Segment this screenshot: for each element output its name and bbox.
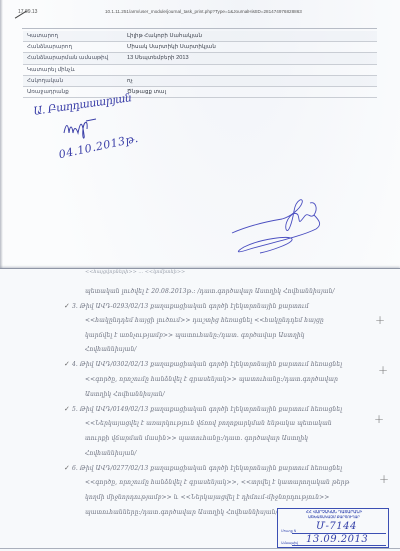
checkmark-icon: ✓	[64, 302, 70, 310]
page2-line: կողմի միջնորդությամբ>> և <<Ներկայացվել է…	[85, 494, 329, 501]
stamp-title: ՀՀ ՎԱՐՉԱԿԱՆ ԴԱՏԱՐԱՆԻ	[282, 510, 386, 515]
page2-line: պետական լուծվել է 20.08.2013թ.: /դատ.գոր…	[85, 288, 335, 295]
task-info-table: Կատարող Լիլիթ Հակոբի Սահակյան Հանձնարարո…	[23, 31, 377, 98]
page2-line: <<գործը, որոշումը հանձնվել է գրասենյակ>>…	[85, 376, 338, 383]
page2-item-4: 4. Թիվ ԱՎԴ/0302/02/13 քաղաքացիական գործի…	[72, 361, 342, 368]
table-row: Կատարել մինչև	[23, 64, 377, 75]
page2-line: կարճվել է առնչությամբ>> պատուհանը:/դատ. …	[85, 332, 305, 339]
row-value: Միսակ Սարտիկի Սարտիկյան	[123, 42, 377, 53]
row-value	[123, 64, 377, 75]
cross-mark-icon: +	[374, 412, 384, 426]
page2-line: Հովհաննիսյան/	[85, 450, 136, 457]
table-row: Հանձնարարման ամսաթիվ 13 Սեպտեմբերի 2013	[23, 53, 377, 64]
bottom-edge	[0, 548, 400, 549]
page2-line: <<գործը, որոշումը հանձնվել է գրասենյակ>>…	[85, 479, 349, 486]
page2-line: Հովհաննիսյան/	[85, 346, 136, 353]
checkmark-icon: ✓	[64, 405, 70, 413]
page2-line: <<Ներկայացվել է առարկություն վճռով բողոք…	[85, 420, 332, 427]
stamp-rule	[292, 545, 386, 546]
table-row: Կատարող Լիլիթ Հակոբի Սահակյան	[23, 31, 377, 42]
page2-item-6: 6. Թիվ ԱՎԴ/0277/02/13 քաղաքացիական գործի…	[72, 465, 342, 472]
row-label: Հսկողական	[23, 75, 123, 86]
registration-stamp: ՀՀ ՎԱՐՉԱԿԱՆ ԴԱՏԱՐԱՆԻ ԱՇԽԱՏԱԿԱԶՄ ՔԱՐՏՈՒՂԱ…	[277, 508, 389, 548]
page2-line: պատուհանները:/դատ.գործավար Աստղիկ Հովհան…	[85, 509, 278, 516]
table-row: Առաջադրանք Ծնթացք տալ	[23, 86, 377, 97]
stamp-number: Մ-7144	[316, 521, 357, 532]
row-label: Հանձնարարման ամսաթիվ	[23, 53, 123, 64]
page2-item-5: 5. Թիվ ԱՎԴ/0149/02/13 քաղաքացիական գործի…	[72, 406, 342, 413]
row-value: ոչ	[123, 75, 377, 86]
print-header: 17.09.13 10.1.11.251/arm/user_module/jou…	[0, 9, 400, 19]
print-url: 10.1.11.251/arm/user_module/journal_task…	[105, 9, 302, 14]
page2-item-3: 3. Թիվ ԱՎԴ-0293/02/13 քաղաքացիական գործի…	[72, 303, 309, 310]
cross-mark-icon: +	[378, 363, 388, 377]
bleed-through-text: <<հայցվորների>> ... <<կոմիտեի>>	[85, 269, 185, 275]
row-label: Կատարել մինչև	[23, 64, 123, 75]
row-label: Հանձնարարող	[23, 42, 123, 53]
checkmark-icon: ✓	[64, 464, 70, 472]
row-value: 13 Սեպտեմբերի 2013	[123, 53, 377, 64]
table-row: Հսկողական ոչ	[23, 75, 377, 86]
cross-mark-icon: +	[375, 313, 385, 327]
header-divider	[22, 28, 377, 29]
checkmark-icon: ✓	[64, 360, 70, 368]
page2-line: <<հակընդդեմ հայցի լուծում>> դաշտից հեռաց…	[85, 317, 324, 324]
handwritten-signature	[230, 195, 340, 265]
page2-line: տուրքի վճարման մասին>> պատուհանը:/դատ. գ…	[85, 435, 308, 442]
row-value: Լիլիթ Հակոբի Սահակյան	[123, 31, 377, 42]
stamp-subtitle: ԱՇԽԱՏԱԿԱԶՄ ՔԱՐՏՈՒՂԱՐ	[282, 515, 386, 520]
row-value: Ծնթացք տալ	[123, 86, 377, 97]
page2-line: Աստղիկ Հովհաննիսյան/	[85, 391, 165, 398]
cross-mark-icon: +	[379, 472, 389, 486]
row-label: Կատարող	[23, 31, 123, 42]
table-row: Հանձնարարող Միսակ Սարտիկի Սարտիկյան	[23, 42, 377, 53]
stamp-date: 13.09.2013	[306, 534, 368, 545]
